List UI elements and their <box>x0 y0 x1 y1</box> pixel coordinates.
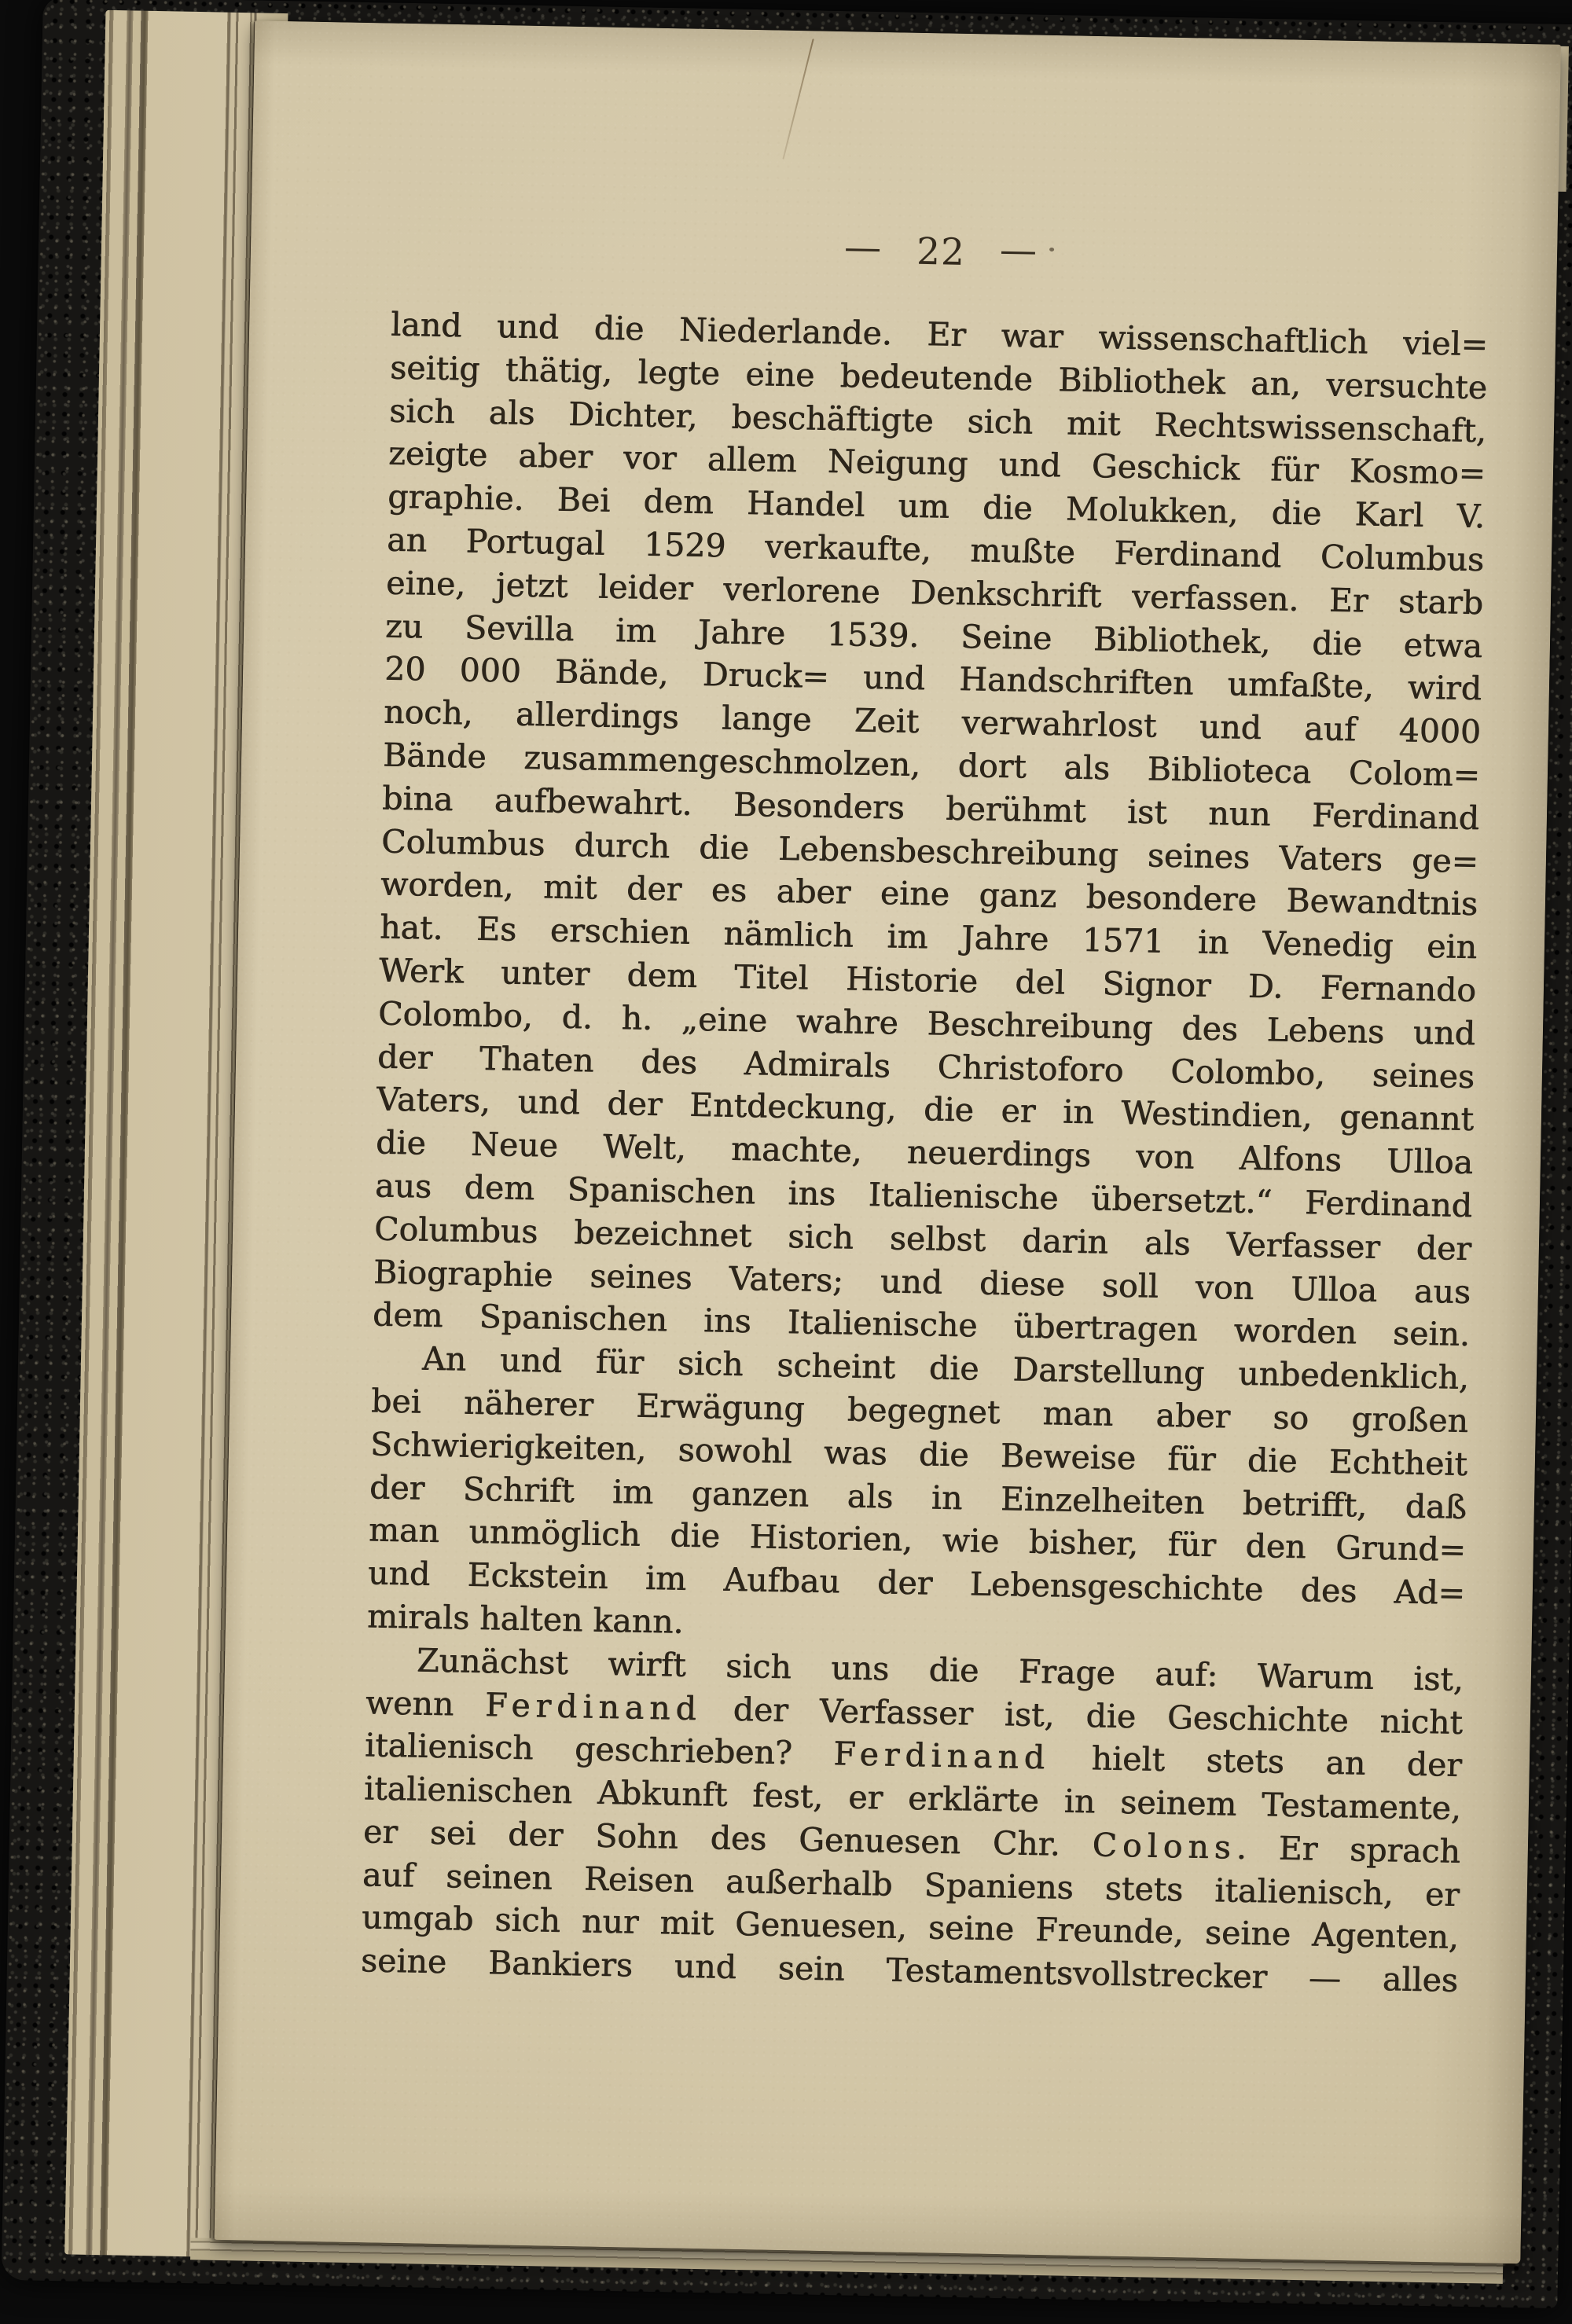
page-number: 22 <box>916 230 966 274</box>
printed-area: —22— land und die Niederlande. Er war wi… <box>361 222 1490 2003</box>
text-lines: land und die Niederlande. Er war wissens… <box>361 303 1489 2003</box>
page-header: —22— <box>392 222 1490 285</box>
emphasized-name: Colons <box>1092 1826 1236 1866</box>
emphasized-name: Ferdinand <box>833 1735 1051 1776</box>
book-page: —22— land und die Niederlande. Er war wi… <box>215 20 1561 2263</box>
book: —22— land und die Niederlande. Er war wi… <box>2 0 1572 2308</box>
book-scan-scene: —22— land und die Niederlande. Er war wi… <box>0 0 1572 2324</box>
emphasized-name: Ferdinand <box>485 1686 703 1727</box>
fiber-mark <box>782 39 814 160</box>
header-dash-left: — <box>844 226 883 270</box>
header-dash-right: — <box>999 229 1038 273</box>
